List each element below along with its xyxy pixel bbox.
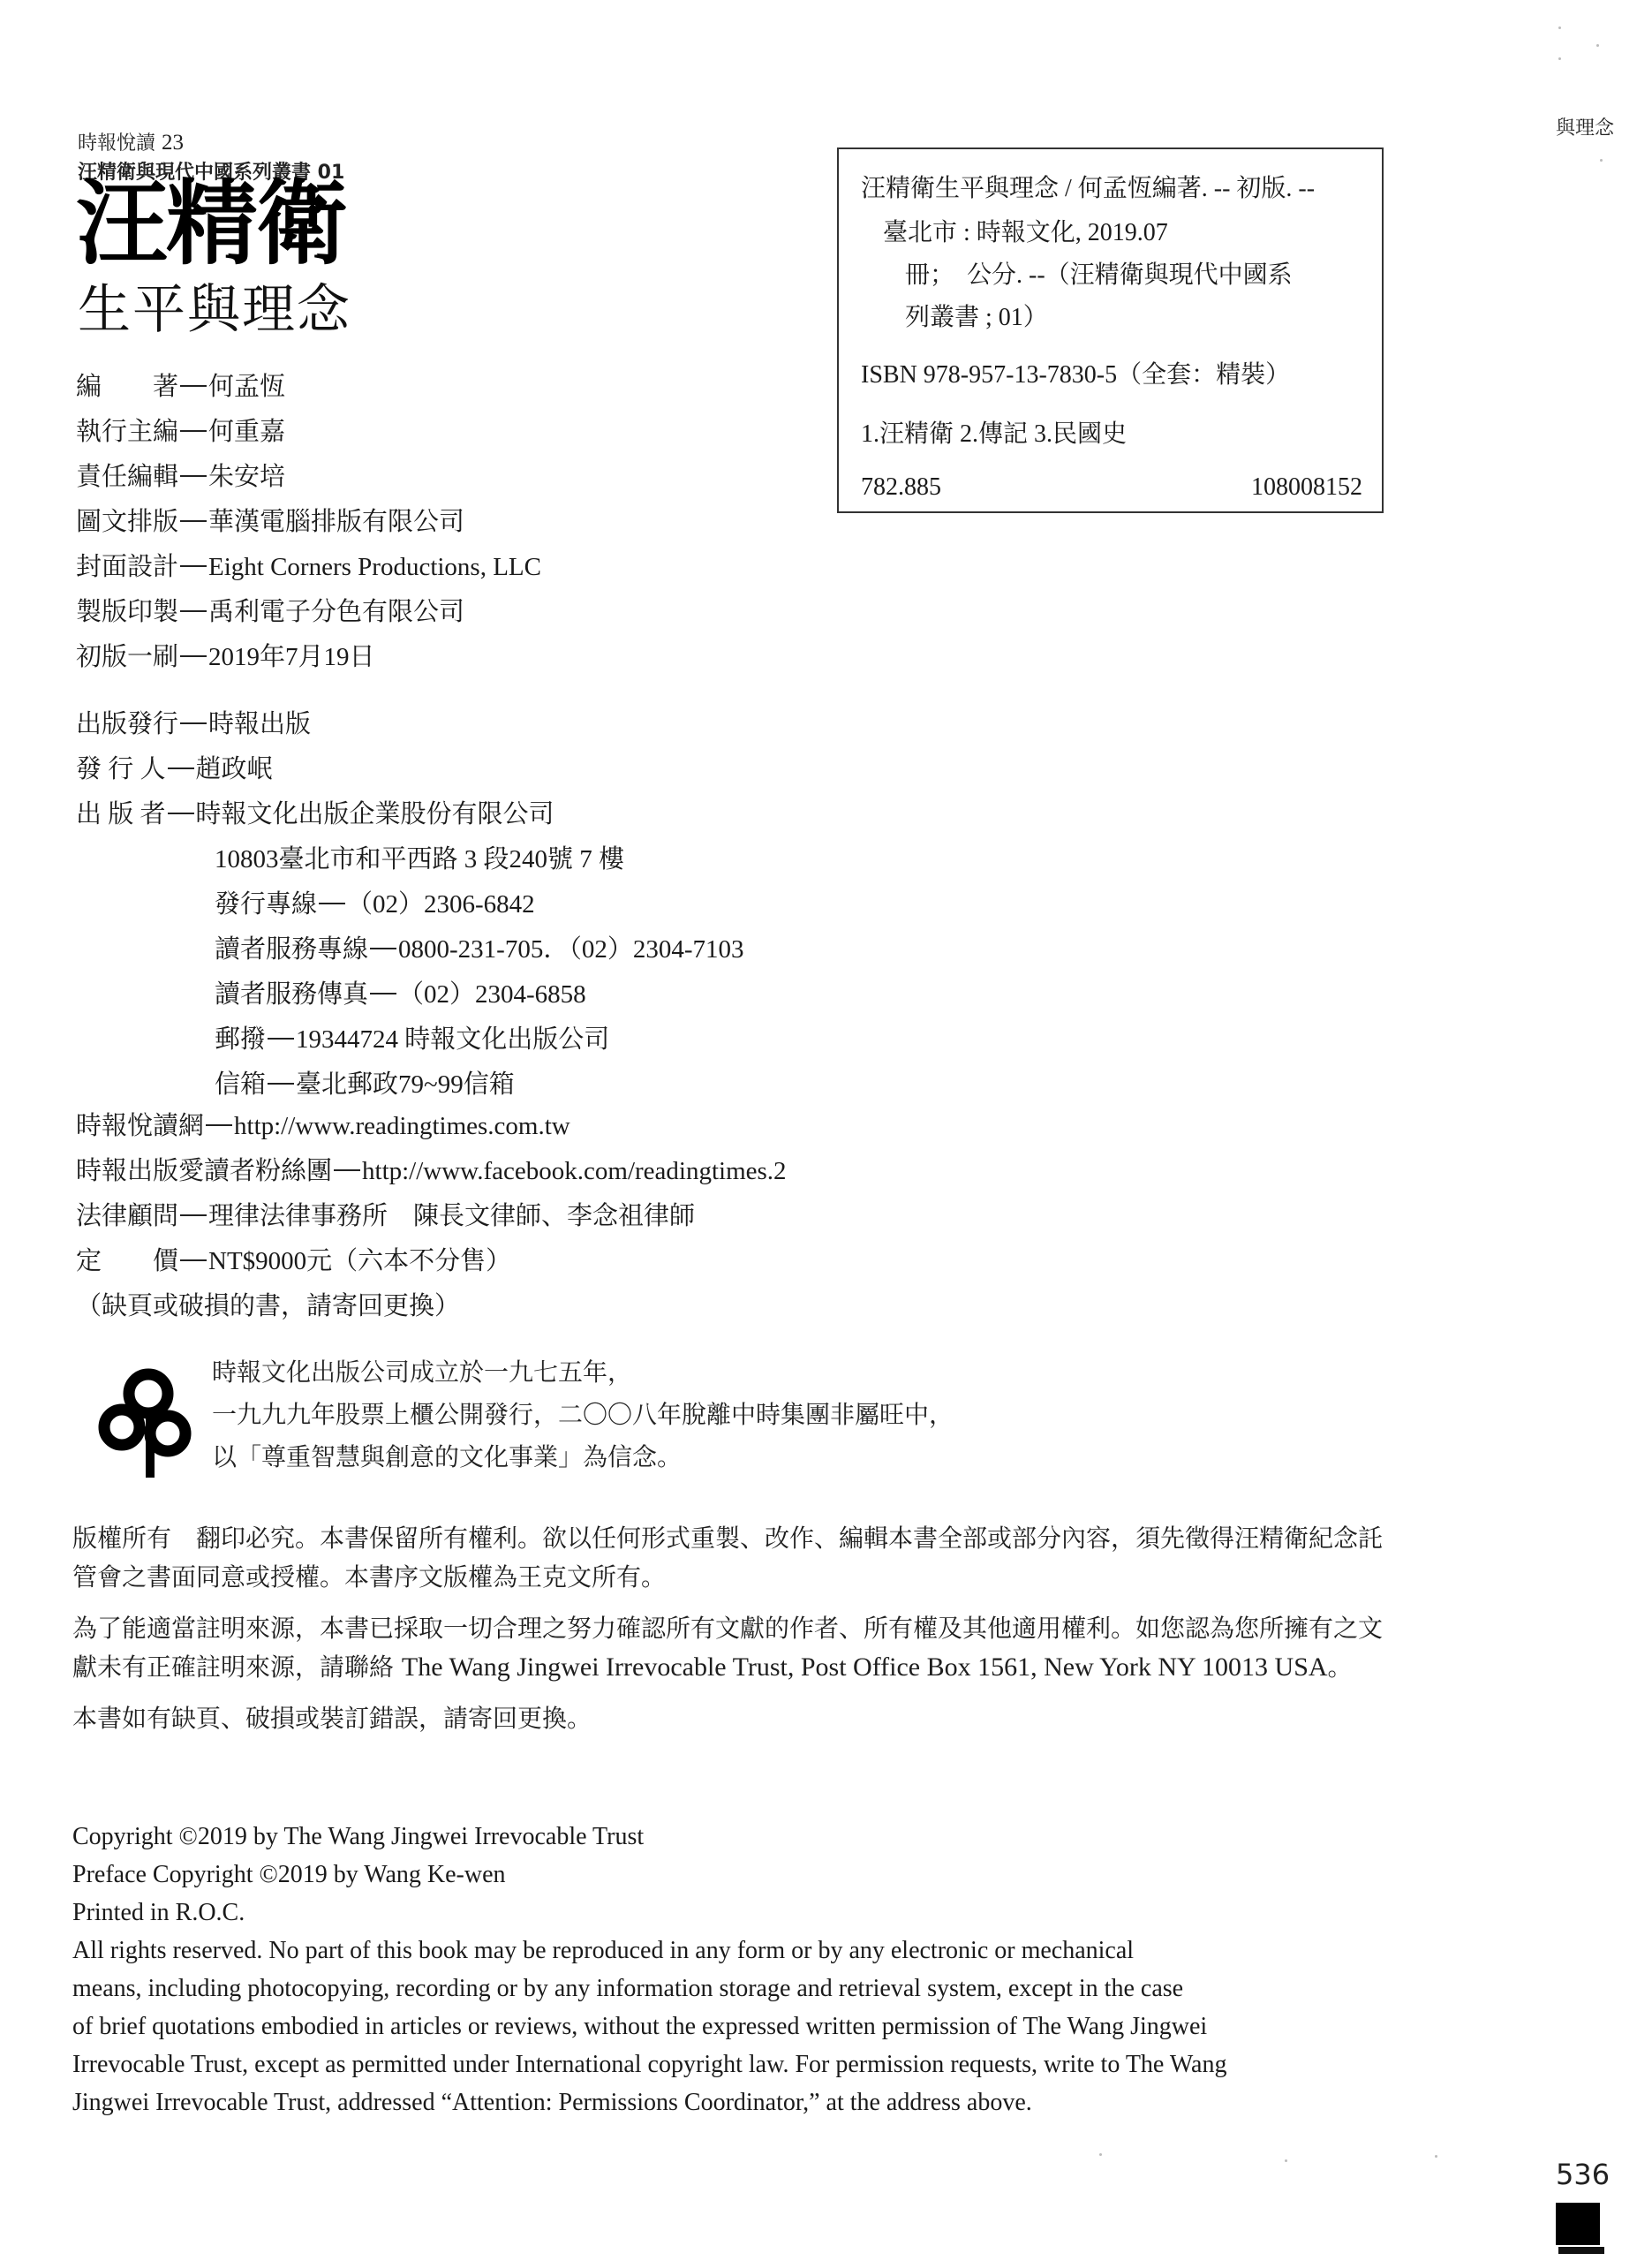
em-dash (370, 948, 396, 949)
cip-isbn: ISBN 978-957-13-7830-5（全套：精裝） (861, 355, 1290, 390)
em-dash (180, 385, 207, 387)
em-dash (180, 520, 207, 522)
cip-physical-line: 冊； 公分. --（汪精衛與現代中國系 (905, 255, 1293, 291)
publisher-info: 出版發行時報出版 發 行 人趙政岷 出 版 者時報文化出版企業股份有限公司 10… (76, 702, 744, 1108)
publisher-address: 10803臺北市和平西路 3 段240號 7 樓 (76, 837, 744, 882)
scan-speck (1558, 57, 1561, 60)
rights-statement-en: Copyright ©2019 by The Wang Jingwei Irre… (72, 1818, 1226, 2121)
em-dash (168, 768, 194, 769)
scan-speck (1435, 2155, 1437, 2158)
cip-catalog-box: 汪精衛生平與理念 / 何孟恆編著. -- 初版. -- 臺北市 : 時報文化, … (837, 147, 1384, 513)
rights-line: means, including photocopying, recording… (72, 1970, 1226, 2008)
em-dash (180, 1214, 207, 1216)
thumb-index-tab-base (1558, 2247, 1604, 2254)
em-dash (180, 565, 207, 567)
scan-speck (1285, 2159, 1287, 2162)
em-dash (370, 993, 396, 994)
printed-line: Printed in R.O.C. (72, 1894, 1226, 1932)
imprint-number: 23 (162, 131, 184, 155)
website-row: 時報悅讀網http://www.readingtimes.com.tw (76, 1104, 787, 1149)
running-head: 與理念 (1556, 113, 1614, 140)
cip-record-number: 108008152 (1251, 473, 1362, 502)
attribution-paragraph: 為了能適當註明來源，本書已採取一切合理之努力確認所有文獻的作者、所有權及其他適用… (72, 1609, 1388, 1687)
cip-subjects: 1.汪精衛 2.傳記 3.民國史 (861, 414, 1127, 450)
em-dash (180, 1259, 207, 1261)
price-row: 定 價NT$9000元（六本不分售） (76, 1239, 787, 1284)
credit-row: 初版一刷2019年7月19日 (76, 634, 541, 679)
rights-line: All rights reserved. No part of this boo… (72, 1932, 1226, 1970)
website-link[interactable]: http://www.readingtimes.com.tw (234, 1112, 570, 1140)
thumb-index-tab (1556, 2203, 1600, 2245)
copyright-line: Copyright ©2019 by The Wang Jingwei Irre… (72, 1818, 1226, 1856)
publisher-contact-row: 發行專線（02）2306-6842 (76, 882, 744, 927)
facebook-row: 時報出版愛讀者粉絲團http://www.facebook.com/readin… (76, 1149, 787, 1194)
imprint-name: 時報悅讀 (78, 132, 155, 155)
publisher-contact-row: 讀者服務傳真（02）2304-6858 (76, 972, 744, 1017)
em-dash (268, 1083, 294, 1085)
scan-speck (1596, 44, 1599, 47)
em-dash (168, 813, 194, 814)
credit-row: 圖文排版華漢電腦排版有限公司 (76, 499, 541, 544)
facebook-link[interactable]: http://www.facebook.com/readingtimes.2 (362, 1157, 787, 1185)
credit-row: 封面設計Eight Corners Productions, LLC (76, 544, 541, 589)
credit-row: 製版印製禹利電子分色有限公司 (76, 589, 541, 634)
publisher-contact-row: 郵撥19344724 時報文化出版公司 (76, 1017, 744, 1062)
rights-line: of brief quotations embodied in articles… (72, 2008, 1226, 2045)
em-dash (180, 610, 207, 612)
china-times-publishing-logo-icon (97, 1367, 194, 1473)
em-dash (180, 655, 207, 657)
credit-row: 責任編輯朱安培 (76, 454, 541, 499)
credits-list: 編 著何孟恆 執行主編何重嘉 責任編輯朱安培 圖文排版華漢電腦排版有限公司 封面… (76, 364, 541, 679)
cip-title-line: 汪精衛生平與理念 / 何孟恆編著. -- 初版. -- (861, 169, 1315, 204)
cip-series-line: 列叢書 ; 01） (905, 298, 1048, 333)
rights-statement-zh: 版權所有 翻印必究。本書保留所有權利。欲以任何形式重製、改作、編輯本書全部或部分… (72, 1519, 1388, 1751)
page-number: 536 (1556, 2158, 1610, 2191)
scan-speck (1558, 26, 1561, 29)
publisher-contact-row: 信箱臺北郵政79~99信箱 (76, 1062, 744, 1108)
publisher-row: 出 版 者時報文化出版企業股份有限公司 (76, 792, 744, 837)
book-title: 汪精衛 (76, 175, 346, 272)
em-dash (180, 475, 207, 477)
rights-line: Irrevocable Trust, except as permitted u… (72, 2045, 1226, 2083)
em-dash (334, 1169, 360, 1171)
em-dash (206, 1124, 232, 1126)
em-dash (319, 903, 345, 904)
publisher-about: 時報文化出版公司成立於一九七五年， 一九九九年股票上櫃公開發行，二〇〇八年脫離中… (212, 1351, 954, 1478)
em-dash (180, 722, 207, 724)
series-imprint: 時報悅讀 23 (78, 128, 184, 155)
return-note: （缺頁或破損的書，請寄回更換） (76, 1284, 787, 1329)
credit-row: 編 著何孟恆 (76, 364, 541, 409)
scan-speck (1099, 2153, 1102, 2156)
credit-row: 執行主編何重嘉 (76, 409, 541, 454)
em-dash (268, 1038, 294, 1040)
rights-line: Jingwei Irrevocable Trust, addressed “At… (72, 2083, 1226, 2121)
em-dash (180, 430, 207, 432)
publisher-contact-row: 讀者服務專線0800-231-705．（02）2304-7103 (76, 927, 744, 972)
publisher-row: 發 行 人趙政岷 (76, 747, 744, 792)
cip-imprint-line: 臺北市 : 時報文化, 2019.07 (883, 213, 1168, 248)
preface-copyright-line: Preface Copyright ©2019 by Wang Ke-wen (72, 1856, 1226, 1894)
rights-paragraph: 版權所有 翻印必究。本書保留所有權利。欲以任何形式重製、改作、編輯本書全部或部分… (72, 1519, 1388, 1597)
legal-row: 法律顧問理律法律事務所 陳長文律師、李念祖律師 (76, 1194, 787, 1239)
return-paragraph: 本書如有缺頁、破損或裝訂錯誤，請寄回更換。 (72, 1699, 1388, 1738)
links-list: 時報悅讀網http://www.readingtimes.com.tw 時報出版… (76, 1104, 787, 1329)
publisher-row: 出版發行時報出版 (76, 702, 744, 747)
scan-speck (1600, 159, 1603, 162)
trust-address: The Wang Jingwei Irrevocable Trust, Post… (402, 1652, 1328, 1682)
cip-classification: 782.885 (861, 473, 941, 502)
book-subtitle: 生平與理念 (78, 281, 351, 339)
